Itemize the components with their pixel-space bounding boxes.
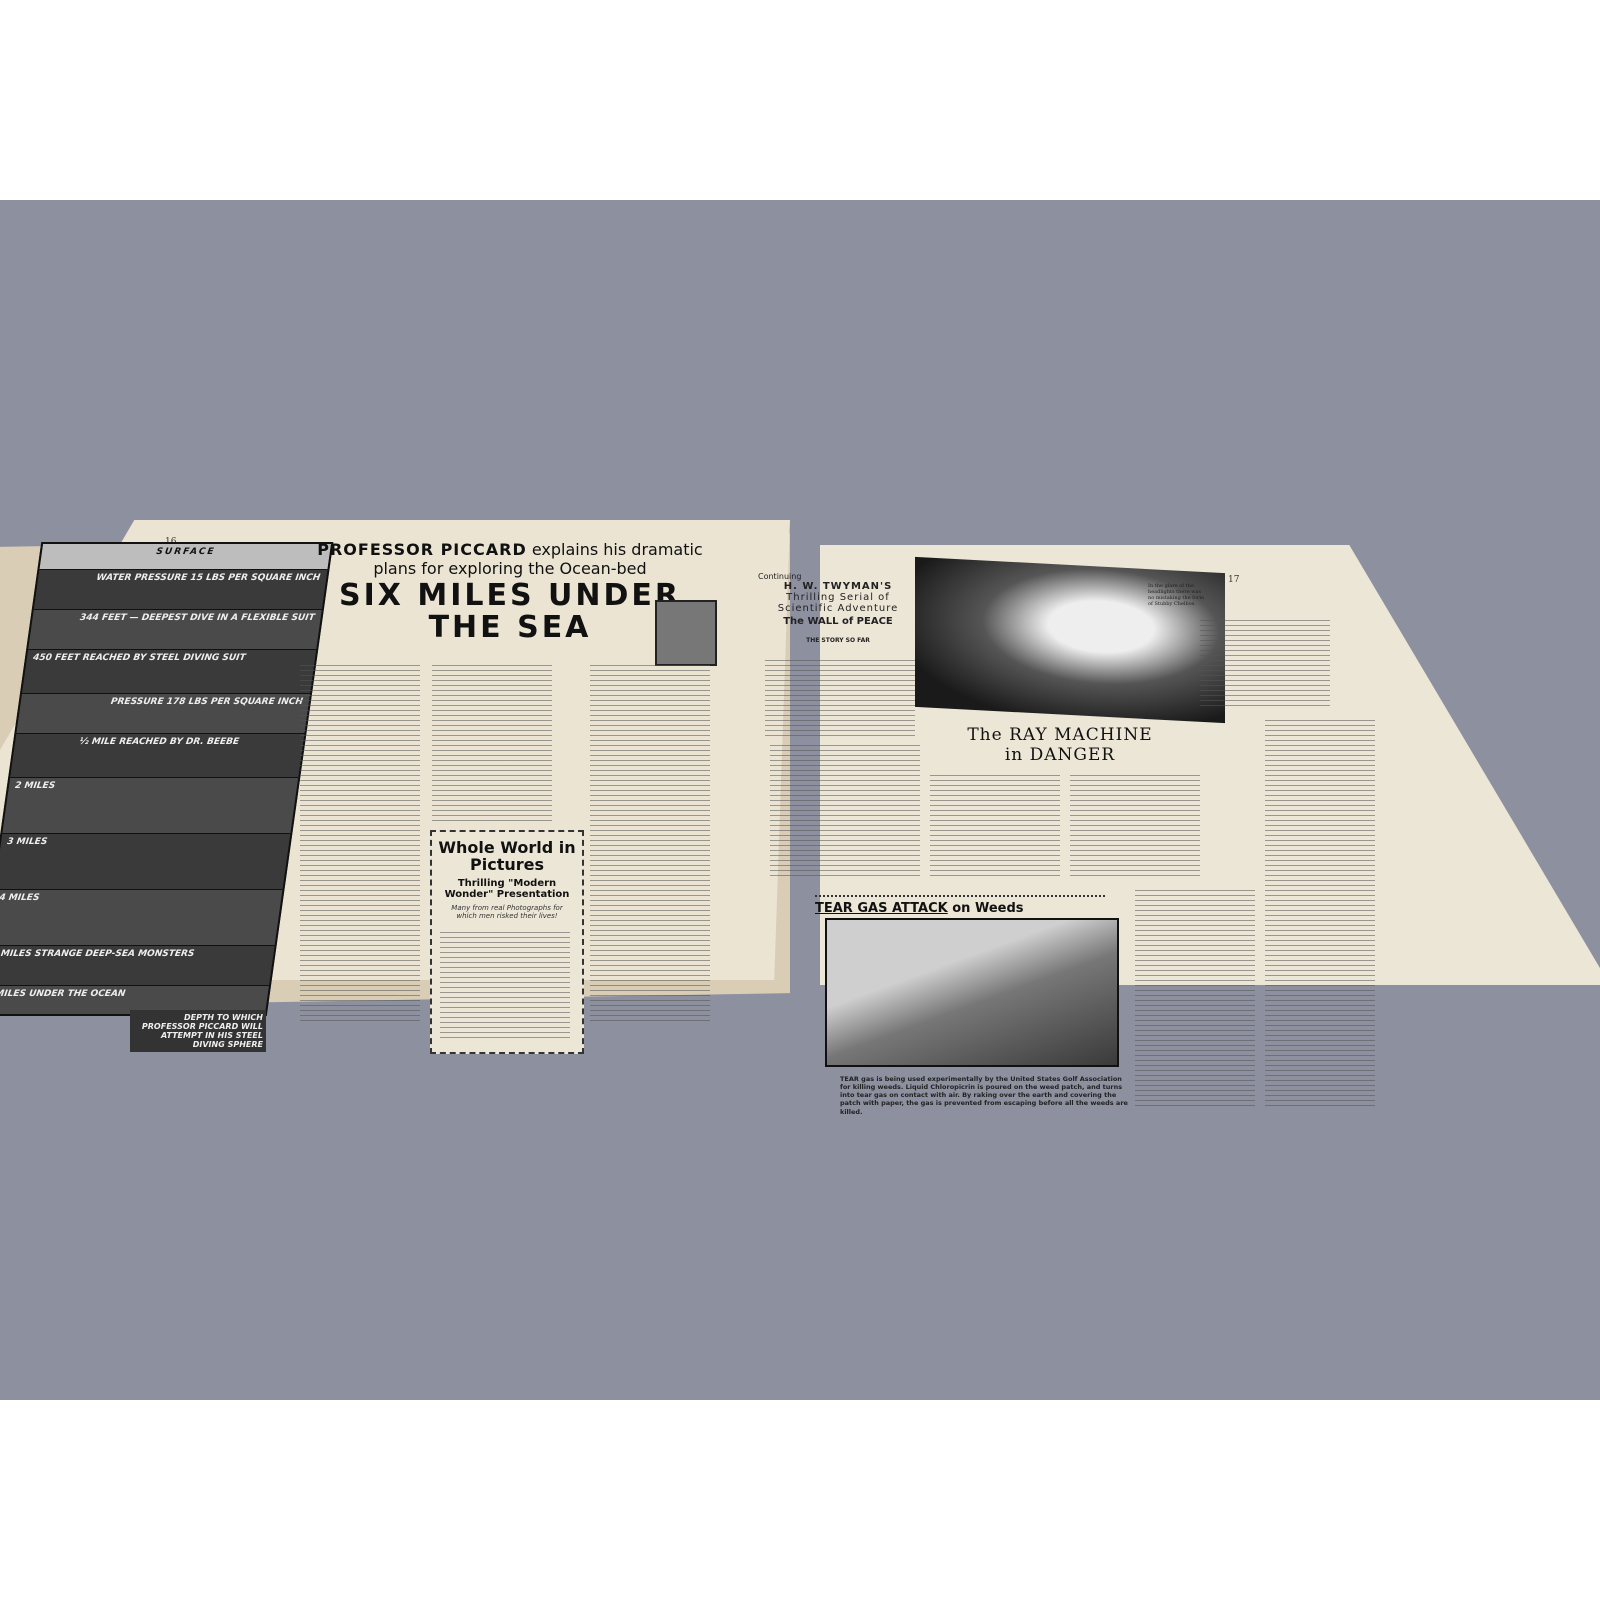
story-title-line1: The RAY MACHINE [930,725,1190,745]
story-text-column [1135,890,1255,1110]
story-so-far-label: THE STORY SO FAR [758,637,918,644]
story-text-column [1070,775,1200,880]
tear-gas-headline-rest: on Weeds [952,901,1023,916]
serial-description: Thrilling Serial of Scientific Adventure [758,592,918,614]
diagram-caption: DEPTH TO WHICH PROFESSOR PICCARD WILL AT… [130,1010,266,1052]
story-title-line2: in DANGER [930,745,1190,765]
tear-gas-caption: TEAR gas is being used experimentally by… [840,1075,1130,1116]
illustration-caption: In the glare of the headlights there was… [1148,583,1208,607]
tear-gas-headline-main: TEAR GAS ATTACK [815,901,948,916]
diagram-label: ½ MILE REACHED BY DR. BEEBE [10,734,304,778]
sidebar-title: Whole World in Pictures [432,840,582,874]
serial-title: The WALL of PEACE [758,616,918,627]
story-text-column [1265,720,1375,1110]
headline-kicker: PROFESSOR PICCARD explains his dramatic … [300,540,720,578]
serial-header: Continuing H. W. TWYMAN'S Thrilling Seri… [758,572,918,644]
diagram-label: 344 FEET — DEEPEST DIVE IN A FLEXIBLE SU… [28,610,322,650]
whole-world-sidebar: Whole World in Pictures Thrilling "Moder… [430,830,584,1054]
diagram-label: WATER PRESSURE 15 LBS PER SQUARE INCH [34,570,328,610]
piccard-portrait [655,600,717,666]
diagram-label: 2 MILES [2,778,298,834]
serial-author: H. W. TWYMAN'S [758,581,918,592]
story-text-column [770,745,920,880]
story-text-column [1200,620,1330,710]
story-illustration [915,557,1225,723]
sidebar-text [440,932,570,1042]
kicker-bold: PROFESSOR PICCARD [317,540,526,559]
article-text-column [432,665,552,825]
diagram-label: PRESSURE 178 LBS PER SQUARE INCH [16,694,310,734]
sidebar-subtitle: Thrilling "Modern Wonder" Presentation [432,878,582,900]
diagram-label: 3 MILES [0,834,290,890]
story-title: The RAY MACHINE in DANGER [930,725,1190,766]
article-text-column [590,665,710,1025]
diagram-label: 4 MILES [0,890,282,946]
article-text-column [300,665,420,1025]
diagram-label: 5 MILES STRANGE DEEP-SEA MONSTERS [0,946,275,986]
diagram-label: 450 FEET REACHED BY STEEL DIVING SUIT [22,650,316,694]
sidebar-italic: Many from real Photographs for which men… [440,904,574,920]
right-page-number: 17 [1228,575,1239,585]
serial-continuing: Continuing [758,572,918,581]
tear-gas-headline: TEAR GAS ATTACK on Weeds [815,895,1105,916]
story-so-far-text [765,660,915,740]
diagram-label: SURFACE [39,544,331,570]
tear-gas-photo [825,918,1119,1067]
story-text-column [930,775,1060,880]
